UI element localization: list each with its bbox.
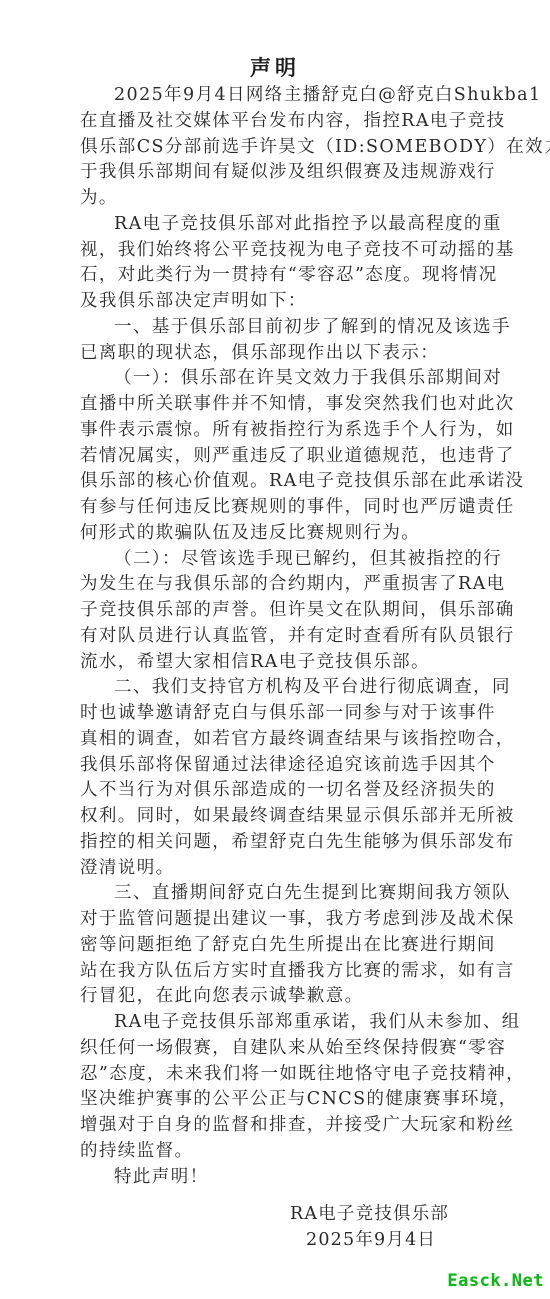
signature-organization: RA电子竞技俱乐部 bbox=[290, 1200, 449, 1225]
document-line: 何形式的欺骗队伍及违反比赛规则行为。 bbox=[80, 522, 420, 544]
document-line: 及我俱乐部决定声明如下： bbox=[80, 290, 307, 312]
document-line: 人不当行为对俱乐部造成的一切名誉及经济损失的 bbox=[80, 779, 496, 801]
document-line: 若情况属实，则严重违反了职业道德规范，也违背了 bbox=[80, 445, 515, 467]
document-line: 石，对此类行为一贯持有“零容忍”态度。现将情况 bbox=[80, 264, 498, 286]
document-line: 权利。同时，如果最终调查结果显示俱乐部并无所被 bbox=[80, 805, 515, 827]
document-line: RA电子竞技俱乐部对此指控予以最高程度的重 bbox=[114, 213, 502, 235]
document-line: 视，我们始终将公平竞技视为电子竞技不可动摇的基 bbox=[80, 239, 515, 261]
document-line: 真相的调查，如若官方最终调查结果与该指控吻合， bbox=[80, 728, 515, 750]
document-line: 直播中所关联事件并不知情，事发突然我们也对此次 bbox=[80, 393, 515, 415]
document-line: 于我俱乐部期间有疑似涉及组织假赛及违规游戏行 bbox=[80, 161, 496, 183]
document-line: 俱乐部的核心价值观。RA电子竞技俱乐部在此承诺没 bbox=[80, 470, 524, 492]
document-line: 二、我们支持官方机构及平台进行彻底调查，同 bbox=[114, 676, 511, 698]
document-line: 特此声明！ bbox=[114, 1166, 209, 1188]
watermark-logo: Easck.Net bbox=[447, 1271, 544, 1291]
document-line: 织任何一场假赛，自建队来从始至终保持假赛“零容 bbox=[80, 1037, 506, 1059]
document-line: （二）：尽管该选手现已解约，但其被指控的行 bbox=[114, 548, 502, 570]
document-line: （一）：俱乐部在许昊文效力于我俱乐部期间对 bbox=[114, 367, 502, 389]
document-line: 子竞技俱乐部的声誉。但许昊文在队期间，俱乐部确 bbox=[80, 599, 515, 621]
document-line: 行冒犯，在此向您表示诚挚歉意。 bbox=[80, 985, 364, 1007]
document-line: 指控的相关问题，希望舒克白先生能够为俱乐部发布 bbox=[80, 831, 515, 853]
document-line: RA电子竞技俱乐部郑重承诺，我们从未参加、组 bbox=[114, 1011, 521, 1033]
document-line: 我俱乐部将保留通过法律途径追究该前选手因其个 bbox=[80, 754, 496, 776]
signature-date: 2025年9月4日 bbox=[306, 1226, 436, 1251]
document-title: 声明 bbox=[0, 52, 550, 82]
document-line: 2025年9月4日网络主播舒克白@舒克白Shukba1 bbox=[114, 84, 542, 106]
document-line: 三、直播期间舒克白先生提到比赛期间我方领队 bbox=[114, 882, 511, 904]
document-line: 为。 bbox=[80, 187, 118, 209]
document-line: 有对队员进行认真监管，并有定时查看所有队员银行 bbox=[80, 625, 515, 647]
document-line: 澄清说明。 bbox=[80, 857, 175, 879]
document-line: 忍”态度，未来我们将一如既往地恪守电子竞技精神， bbox=[80, 1063, 525, 1085]
document-line: 坚决维护赛事的公平公正与CNCS的健康赛事环境， bbox=[80, 1088, 518, 1110]
document-line: 俱乐部CS分部前选手许昊文（ID:SOMEBODY）在效力 bbox=[80, 136, 550, 158]
document-line: 时也诚挚邀请舒克白与俱乐部一同参与对于该事件 bbox=[80, 702, 496, 724]
document-line: 一、基于俱乐部目前初步了解到的情况及该选手 bbox=[114, 316, 511, 338]
document-line: 在直播及社交媒体平台发布内容，指控RA电子竞技 bbox=[80, 110, 506, 132]
document-line: 增强对于自身的监督和排查，并接受广大玩家和粉丝 bbox=[80, 1114, 515, 1136]
document-line: 为发生在与我俱乐部的合约期内，严重损害了RA电 bbox=[80, 573, 506, 595]
document-line: 事件表示震惊。所有被指控行为系选手个人行为，如 bbox=[80, 419, 515, 441]
document-line: 已离职的现状态，俱乐部现作出以下表示： bbox=[80, 342, 439, 364]
document-line: 对于监管问题提出建议一事，我方考虑到涉及战术保 bbox=[80, 908, 515, 930]
document-line: 密等问题拒绝了舒克白先生所提出在比赛进行期间 bbox=[80, 934, 496, 956]
document-line: 的持续监督。 bbox=[80, 1140, 193, 1162]
document-line: 流水，希望大家相信RA电子竞技俱乐部。 bbox=[80, 651, 430, 673]
document-line: 站在我方队伍后方实时直播我方比赛的需求，如有言 bbox=[80, 960, 515, 982]
document-line: 有参与任何违反比赛规则的事件，同时也严厉谴责任 bbox=[80, 496, 515, 518]
